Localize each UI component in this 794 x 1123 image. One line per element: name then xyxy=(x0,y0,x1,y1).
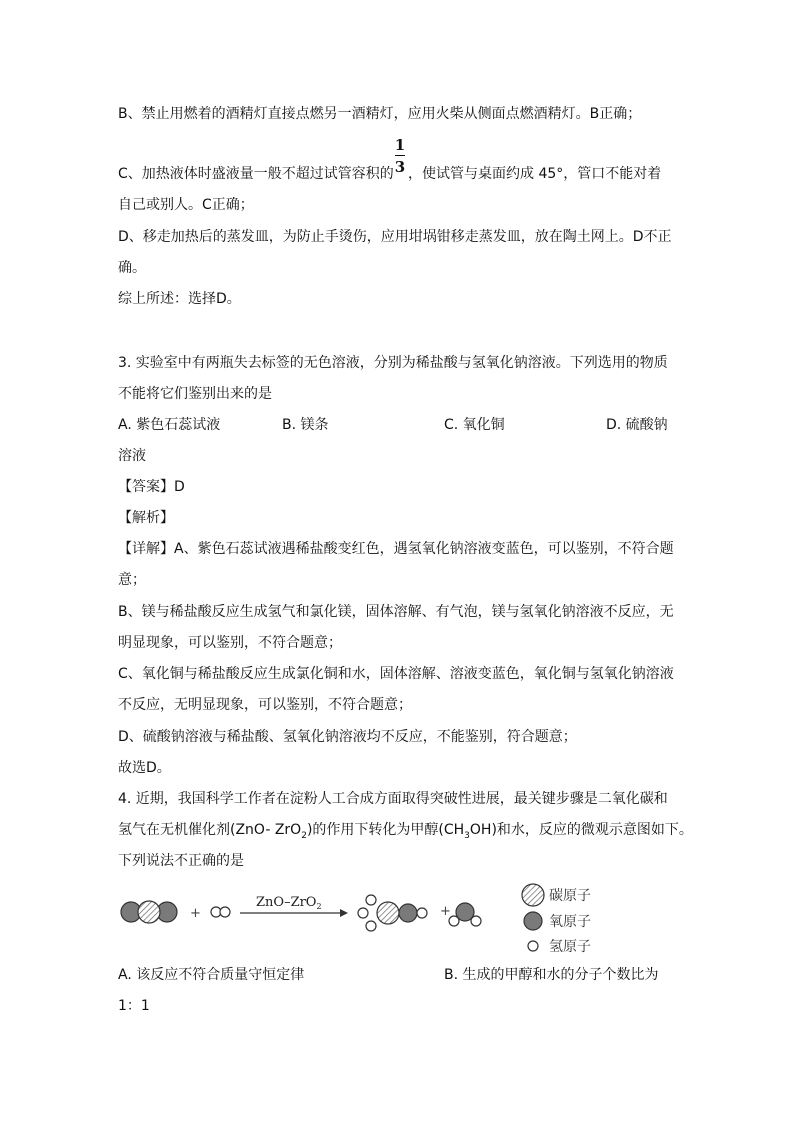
q3-option-c: C. 氧化铜 xyxy=(444,417,505,433)
h2o-molecule-icon xyxy=(449,903,481,926)
q4-stem-line2: 氢气在无机催化剂(ZnO- ZrO2)的作用下转化为甲醇(CH3OH)和水，反应… xyxy=(118,822,693,844)
q4-option-a: A. 该反应不符合质量守恒定律 xyxy=(118,967,304,983)
co2-molecule-icon xyxy=(121,901,177,923)
reaction-diagram-svg: + ZnO–ZrO2 + xyxy=(118,878,678,958)
fraction-numerator: 1 xyxy=(395,136,405,154)
reaction-arrow-icon: ZnO–ZrO2 xyxy=(240,895,348,917)
q3-detail-c1: C、氧化铜与稀盐酸反应生成氯化铜和水，固体溶解、溶液变蓝色，氧化铜与氢氧化钠溶液 xyxy=(118,666,674,682)
fraction-denominator: 3 xyxy=(395,158,405,176)
q4-stem-line3: 下列说法不正确的是 xyxy=(118,853,244,869)
reaction-diagram: + ZnO–ZrO2 + xyxy=(118,878,678,962)
q3-option-a: A. 紫色石蕊试液 xyxy=(118,417,220,433)
explanation-summary: 综上所述：选择D。 xyxy=(118,291,241,307)
explanation-line-c2: 自己或别人。C正确； xyxy=(118,197,254,213)
legend-oxygen-icon xyxy=(524,912,542,930)
fraction-one-third: 1 3 xyxy=(394,138,406,174)
legend-hydrogen-icon xyxy=(528,941,538,951)
explanation-line-d2: 确。 xyxy=(118,260,146,276)
svg-text:+: + xyxy=(190,906,201,921)
q3-stem-line2: 不能将它们鉴别出来的是 xyxy=(118,386,272,402)
q4-stem-line1: 4. 近期，我国科学工作者在淀粉人工合成方面取得突破性进展，最关键步骤是二氧化碳… xyxy=(118,791,668,807)
q3-detail-d: D、硫酸钠溶液与稀盐酸、氢氧化钠溶液均不反应，不能鉴别，符合题意； xyxy=(118,729,577,745)
explanation-line-c1-post: ，使试管与桌面约成 45°，管口不能对着 xyxy=(408,166,661,182)
q4-option-b: B. 生成的甲醇和水的分子个数比为 xyxy=(444,967,659,983)
q3-option-b: B. 镁条 xyxy=(282,417,329,433)
explanation-line-b: B、禁止用燃着的酒精灯直接点燃另一酒精灯，应用火柴从侧面点燃酒精灯。B正确； xyxy=(118,106,641,122)
q3-detail-b2: 明显现象，可以鉴别，不符合题意； xyxy=(118,635,342,651)
q4-stem-text-a: 氢气在无机催化剂(ZnO- ZrO xyxy=(118,822,301,838)
ch3oh-molecule-icon xyxy=(358,895,427,931)
q3-detail-c2: 不反应，无明显现象，可以鉴别，不符合题意； xyxy=(118,697,412,713)
explanation-line-d1: D、移走加热后的蒸发皿，为防止手烫伤，应用坩埚钳移走蒸发皿，放在陶土网上。D不正 xyxy=(118,229,672,245)
fraction-bar xyxy=(395,155,405,156)
q4-stem-text-c: OH)和水，反应的微观示意图如下。 xyxy=(470,822,693,838)
q4-option-b-wrap: 1：1 xyxy=(118,998,150,1014)
h2-molecule-icon xyxy=(211,907,230,917)
q3-stem-line1: 3. 实验室中有两瓶失去标签的无色溶液，分别为稀盐酸与氢氧化钠溶液。下列选用的物… xyxy=(118,355,668,371)
q3-detail-a1: 【详解】A、紫色石蕊试液遇稀盐酸变红色，遇氢氧化钠溶液变蓝色，可以鉴别，不符合题 xyxy=(118,541,674,557)
q4-stem-text-b: )的作用下转化为甲醇(CH xyxy=(307,822,464,838)
legend-carbon-label: 碳原子 xyxy=(549,885,591,905)
q3-option-d: D. 硫酸钠 xyxy=(606,417,668,433)
q3-detail-b1: B、镁与稀盐酸反应生成氢气和氯化镁，固体溶解、有气泡，镁与氢氧化钠溶液不反应，无 xyxy=(118,604,674,620)
q3-answer: 【答案】D xyxy=(118,479,185,495)
q3-conclusion: 故选D。 xyxy=(118,760,171,776)
q3-option-d-wrap: 溶液 xyxy=(118,448,146,464)
legend-oxygen-label: 氧原子 xyxy=(549,911,591,931)
legend-hydrogen-label: 氢原子 xyxy=(549,936,591,956)
explanation-line-c1-pre: C、加热液体时盛液量一般不超过试管容积的 xyxy=(118,166,394,182)
q3-analysis-heading: 【解析】 xyxy=(118,510,174,526)
svg-text:+: + xyxy=(440,904,451,919)
svg-text:ZnO–ZrO2: ZnO–ZrO2 xyxy=(256,895,322,911)
q3-detail-a2: 意； xyxy=(118,572,146,588)
legend-carbon-icon xyxy=(522,884,544,906)
